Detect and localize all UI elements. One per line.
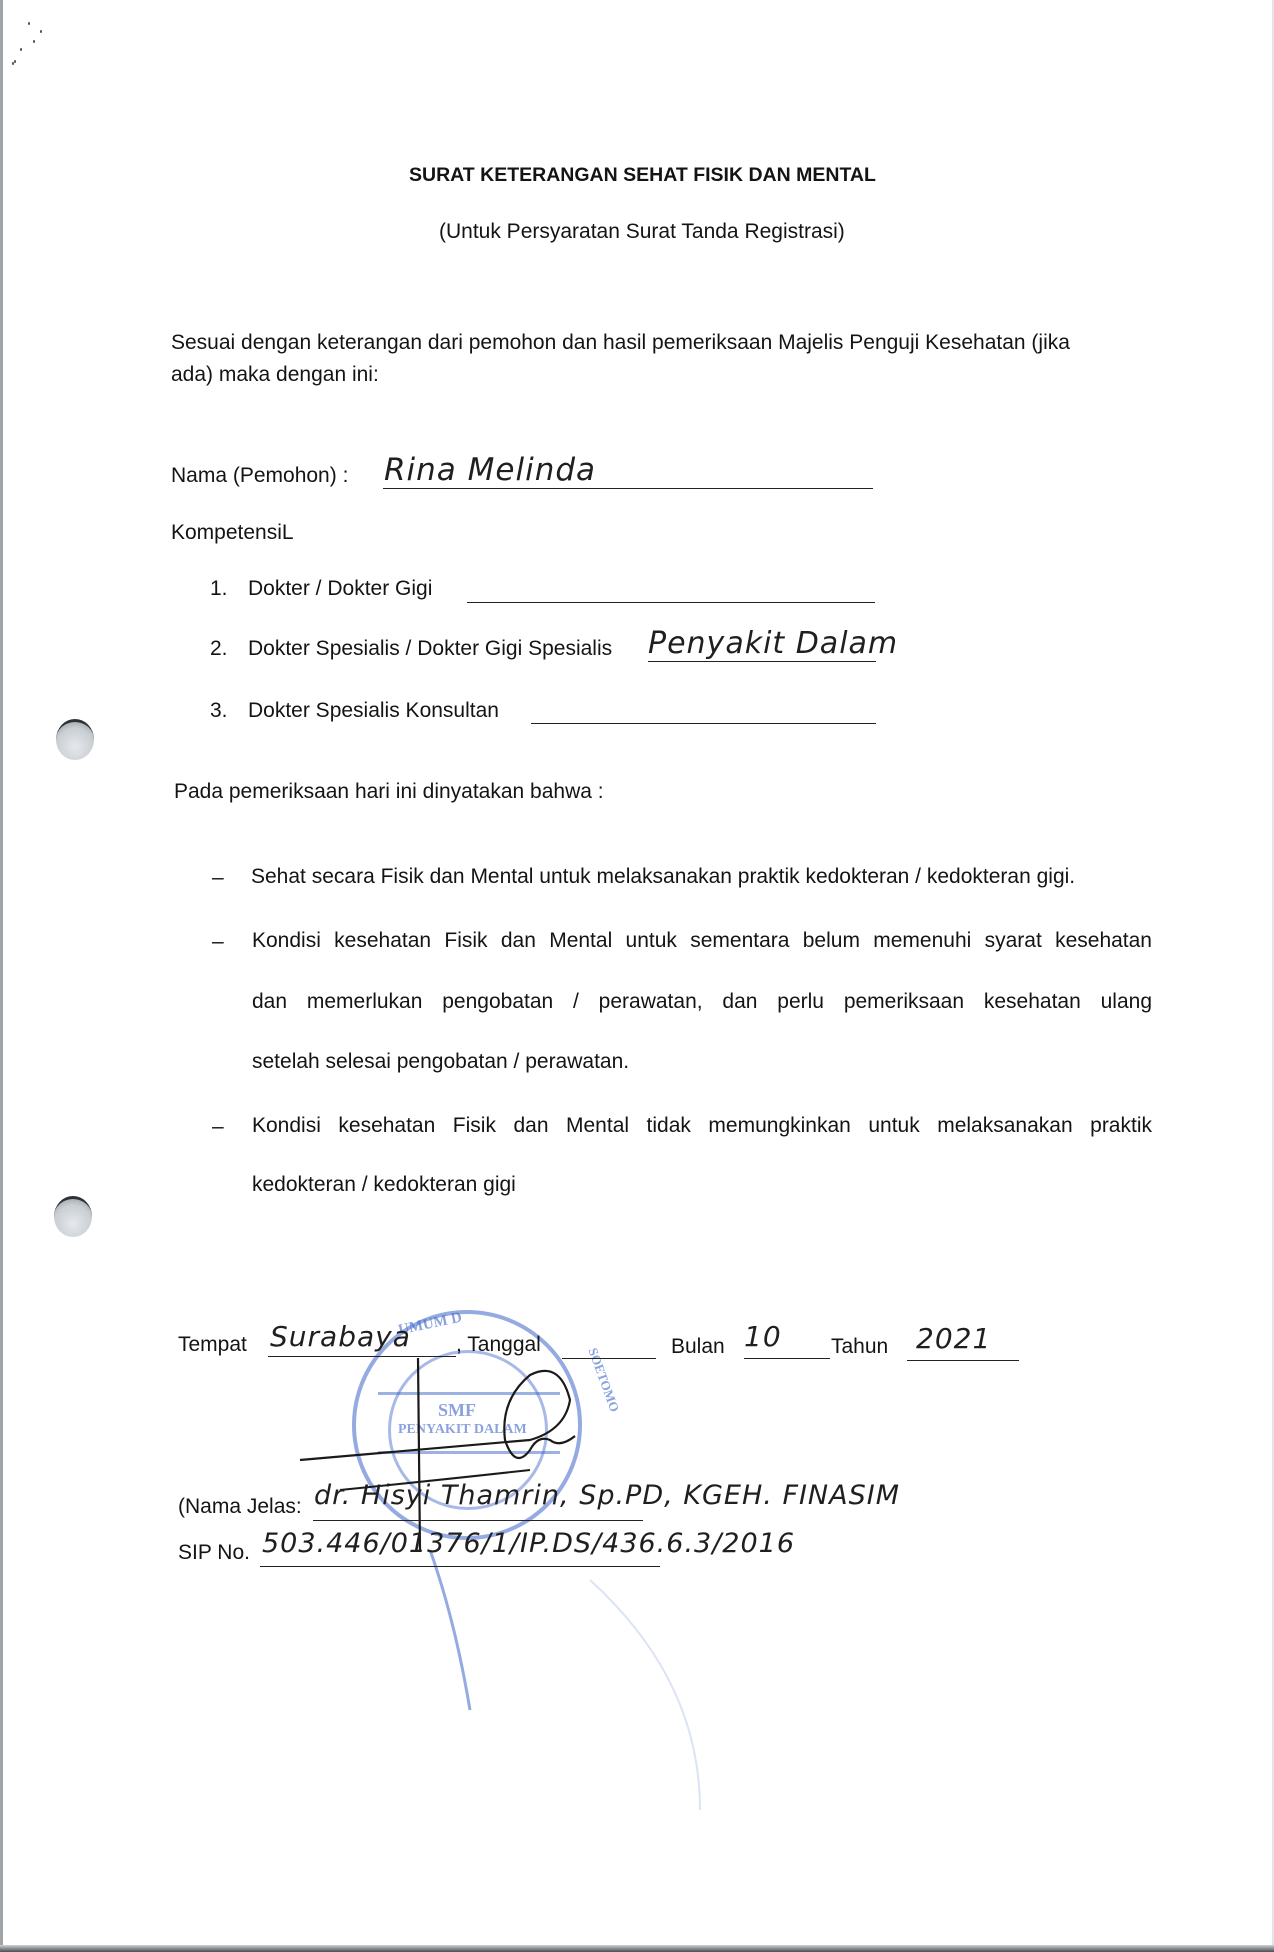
statement-2-line-3: setelah selesai pengobatan / perawatan. — [252, 1051, 629, 1072]
statement-2-line-1: Kondisi kesehatan Fisik dan Mental untuk… — [252, 930, 1152, 951]
competence-item-number: 1. — [210, 578, 228, 599]
statement-bullet: – — [212, 930, 224, 954]
stamp-smear — [380, 1540, 740, 1820]
year-label: Tahun — [831, 1336, 888, 1357]
applicant-underline — [383, 488, 873, 489]
competence-item-1-field[interactable] — [467, 602, 875, 603]
sip-field[interactable]: 503.446/01376/1/IP.DS/436.6.3/2016 — [262, 1528, 795, 1559]
intro-line-2: ada) maka dengan ini: — [171, 364, 379, 385]
signature-icon — [280, 1340, 600, 1560]
competence-label: KompetensiL — [171, 522, 294, 543]
competence-item-label: Dokter Spesialis / Dokter Gigi Spesialis — [248, 638, 612, 659]
competence-item-label: Dokter / Dokter Gigi — [248, 578, 432, 599]
signatory-name-field[interactable]: dr. Hisyi Thamrin, Sp.PD, KGEH. FINASIM — [314, 1480, 900, 1511]
applicant-name-field[interactable]: Rina Melinda — [384, 452, 596, 488]
year-field[interactable]: 2021 — [916, 1322, 991, 1355]
applicant-label: Nama (Pemohon) : — [171, 465, 348, 486]
competence-item-label: Dokter Spesialis Konsultan — [248, 700, 499, 721]
competence-item-3-field[interactable] — [531, 723, 876, 724]
statement-bullet: – — [212, 866, 224, 890]
competence-item-2-field[interactable]: Penyakit Dalam — [648, 626, 898, 661]
declaration-label: Pada pemeriksaan hari ini dinyatakan bah… — [174, 781, 604, 802]
scan-speck — [40, 30, 42, 33]
year-underline — [907, 1360, 1019, 1361]
scan-speck — [14, 60, 16, 63]
sip-underline — [260, 1566, 660, 1567]
competence-item-2-underline — [648, 661, 876, 662]
scan-edge-left — [0, 0, 3, 1952]
place-label: Tempat — [178, 1334, 247, 1355]
sip-label: SIP No. — [178, 1542, 250, 1563]
scan-edge-bottom — [0, 1945, 1274, 1952]
scan-speck — [28, 22, 30, 25]
signatory-name-label: (Nama Jelas: — [178, 1496, 302, 1517]
scan-speck — [20, 48, 22, 51]
document-subtitle: (Untuk Persyaratan Surat Tanda Registras… — [439, 221, 845, 242]
month-field[interactable]: 10 — [744, 1320, 782, 1353]
statement-3-line-1: Kondisi kesehatan Fisik dan Mental tidak… — [252, 1115, 1152, 1136]
document-title: SURAT KETERANGAN SEHAT FISIK DAN MENTAL — [409, 166, 876, 186]
statement-2-line-2: dan memerlukan pengobatan / perawatan, d… — [252, 991, 1152, 1012]
statement-3-line-2: kedokteran / kedokteran gigi — [252, 1174, 516, 1195]
punch-hole-icon — [54, 1196, 92, 1237]
scan-speck — [33, 40, 35, 43]
month-underline — [744, 1358, 830, 1359]
statement-1-line-1: Sehat secara Fisik dan Mental untuk mela… — [251, 866, 1075, 887]
punch-hole-icon — [56, 719, 94, 760]
statement-bullet: – — [212, 1115, 224, 1139]
signatory-name-underline — [313, 1520, 643, 1521]
scan-speck — [12, 62, 14, 65]
intro-line-1: Sesuai dengan keterangan dari pemohon da… — [171, 332, 1070, 353]
competence-item-number: 3. — [210, 700, 228, 721]
month-label: Bulan — [671, 1336, 725, 1357]
competence-item-number: 2. — [210, 638, 228, 659]
